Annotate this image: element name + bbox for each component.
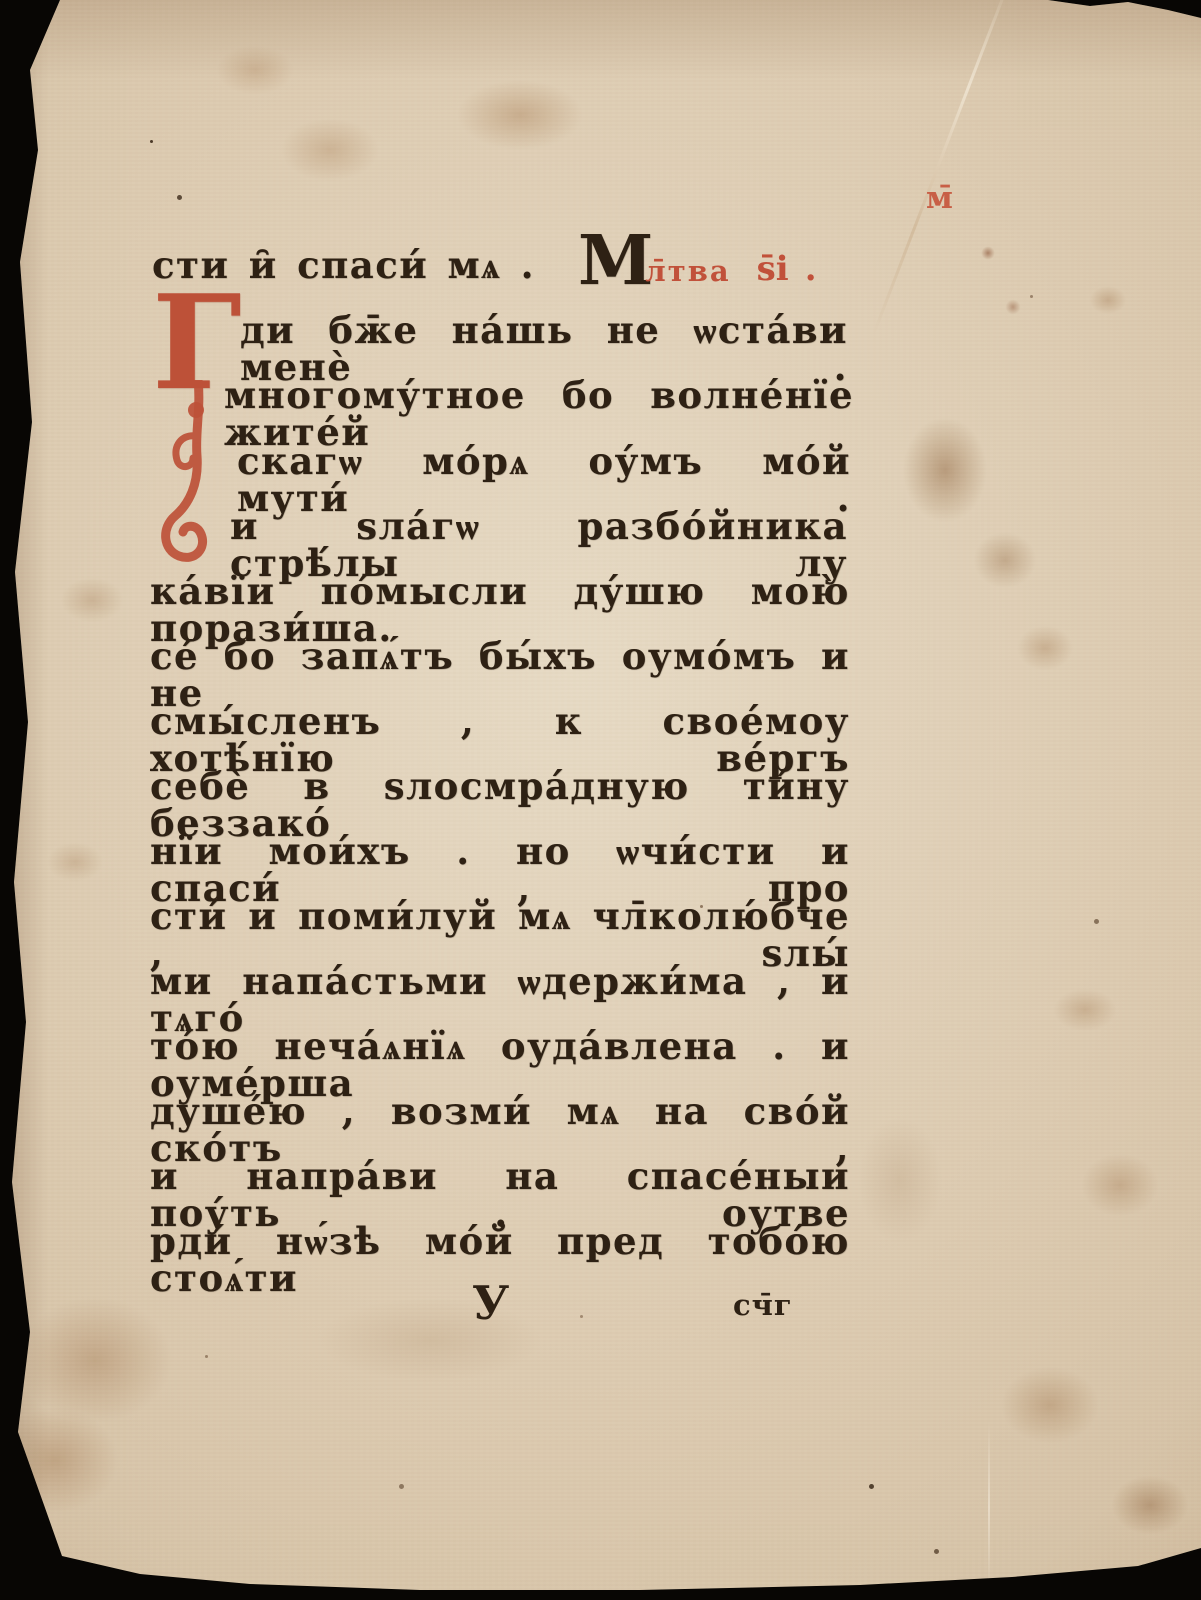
heading-red-letters: л̄тва	[645, 254, 730, 288]
paper-crease	[872, 0, 1011, 336]
quire-signature: сч̄г	[733, 1288, 793, 1322]
prayer-heading: М л̄тва ѕ̄і .	[578, 230, 817, 293]
heading-initial-letter: М	[578, 230, 653, 293]
paper-crease	[988, 1420, 990, 1595]
catchword: У	[472, 1276, 509, 1330]
heading-period: .	[805, 249, 817, 289]
manuscript-leaf: м̄ сти и̑ спаси́ мѧ . М л̄тва ѕ̄і . Г ди…	[0, 0, 1201, 1600]
scanned-page-backdrop: м̄ сти и̑ спаси́ мѧ . М л̄тва ѕ̄і . Г ди…	[0, 0, 1201, 1600]
folio-number: м̄	[926, 180, 953, 216]
foxing-specks	[150, 140, 153, 143]
heading-prayer-number: ѕ̄і	[757, 249, 789, 289]
